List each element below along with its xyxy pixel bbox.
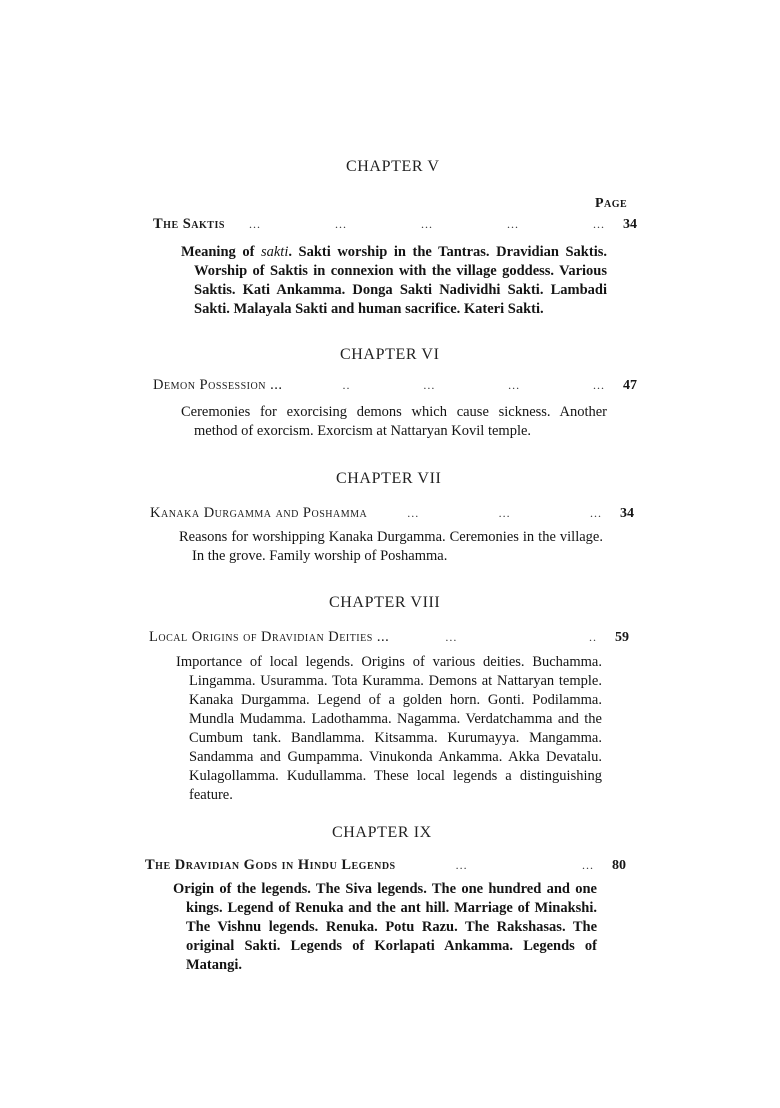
chapter-vii-heading: CHAPTER VII bbox=[336, 470, 441, 488]
page-number: 34 bbox=[615, 217, 637, 233]
chapter-v-summary: Meaning of sakti. Sakti worship in the T… bbox=[181, 243, 607, 319]
toc-entry-chapter-viii: Local Origins of Dravidian Deities ... .… bbox=[149, 629, 629, 646]
page-number: 47 bbox=[615, 378, 637, 394]
entry-title: Kanaka Durgamma and Poshamma bbox=[150, 505, 367, 522]
chapter-ix-summary: Origin of the legends. The Siva legends.… bbox=[173, 880, 597, 975]
chapter-vi-summary: Ceremonies for exorcising demons which c… bbox=[181, 403, 607, 441]
toc-entry-chapter-ix: The Dravidian Gods in Hindu Legends ....… bbox=[145, 857, 626, 874]
entry-title: Demon Possession ... bbox=[153, 377, 282, 394]
page-number: 34 bbox=[612, 506, 634, 522]
page-number: 80 bbox=[604, 858, 626, 874]
chapter-v-heading: CHAPTER V bbox=[346, 158, 440, 176]
toc-entry-chapter-vi: Demon Possession ... ........... 47 bbox=[153, 377, 637, 394]
dot-leaders: ......... bbox=[367, 506, 612, 521]
entry-title: The Dravidian Gods in Hindu Legends bbox=[145, 857, 396, 874]
entry-title: Local Origins of Dravidian Deities ... bbox=[149, 629, 389, 646]
dot-leaders: ............... bbox=[225, 217, 615, 232]
page-column-label: Page bbox=[595, 196, 627, 212]
book-page: CHAPTER V Page The Saktis ..............… bbox=[0, 0, 780, 1108]
chapter-ix-heading: CHAPTER IX bbox=[332, 824, 432, 842]
chapter-vii-summary: Reasons for worshipping Kanaka Durgamma.… bbox=[179, 528, 603, 566]
page-number: 59 bbox=[607, 630, 629, 646]
chapter-viii-heading: CHAPTER VIII bbox=[329, 594, 440, 612]
chapter-vi-heading: CHAPTER VI bbox=[340, 346, 440, 364]
dot-leaders: ..... bbox=[389, 630, 607, 645]
dot-leaders: ...... bbox=[396, 858, 604, 873]
toc-entry-chapter-vii: Kanaka Durgamma and Poshamma ......... 3… bbox=[150, 505, 634, 522]
toc-entry-chapter-v: The Saktis ............... 34 bbox=[153, 216, 637, 233]
entry-title: The Saktis bbox=[153, 216, 225, 233]
dot-leaders: ........... bbox=[282, 378, 615, 393]
chapter-viii-summary: Importance of local legends. Origins of … bbox=[176, 653, 602, 805]
